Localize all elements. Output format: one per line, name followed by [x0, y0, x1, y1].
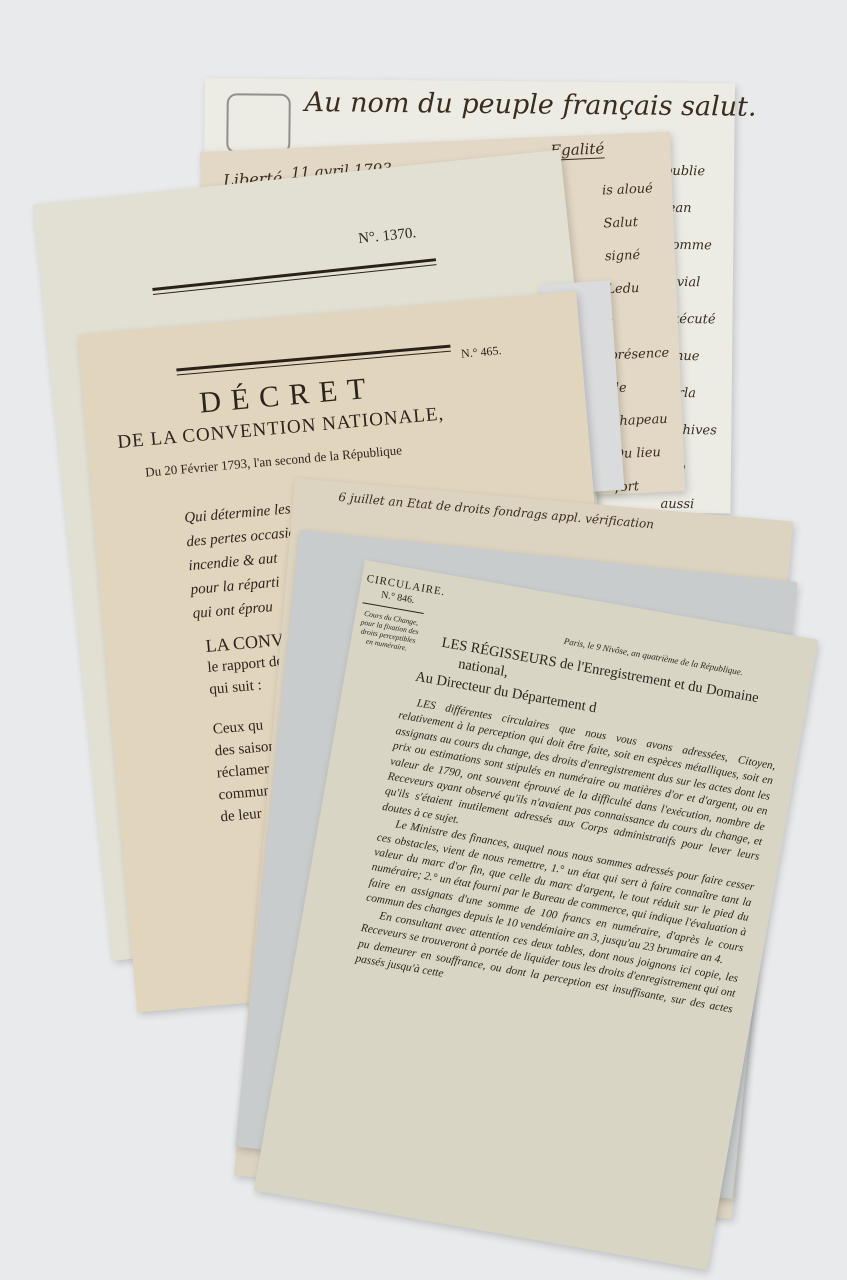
divider-rule — [176, 345, 450, 372]
fragment: de chapeau — [610, 369, 681, 438]
circulaire-side-note: Cours du Change, pour la fixation des dr… — [355, 608, 422, 654]
circulaire-body: LES différentes circulaires que nous vou… — [354, 694, 776, 1033]
fragment: is aloué — [601, 172, 670, 208]
fragment: Du lieu — [613, 435, 682, 471]
divider-rule — [152, 258, 436, 291]
fragment: jean — [663, 190, 733, 228]
fragment: signé Ledu — [604, 237, 675, 306]
decret-number: N.° 465. — [460, 343, 502, 361]
divider-rule — [153, 264, 437, 295]
document-number: N°. 1370. — [358, 225, 418, 248]
fragment: t présence — [607, 303, 678, 372]
fragment: publie — [664, 153, 734, 191]
manuscript-heading: Au nom du peuple français salut. — [305, 87, 757, 123]
seal-stamp-icon — [226, 93, 291, 154]
divider-rule — [177, 351, 451, 376]
fragment: fort — [614, 468, 683, 504]
fragment: Salut — [603, 205, 672, 241]
